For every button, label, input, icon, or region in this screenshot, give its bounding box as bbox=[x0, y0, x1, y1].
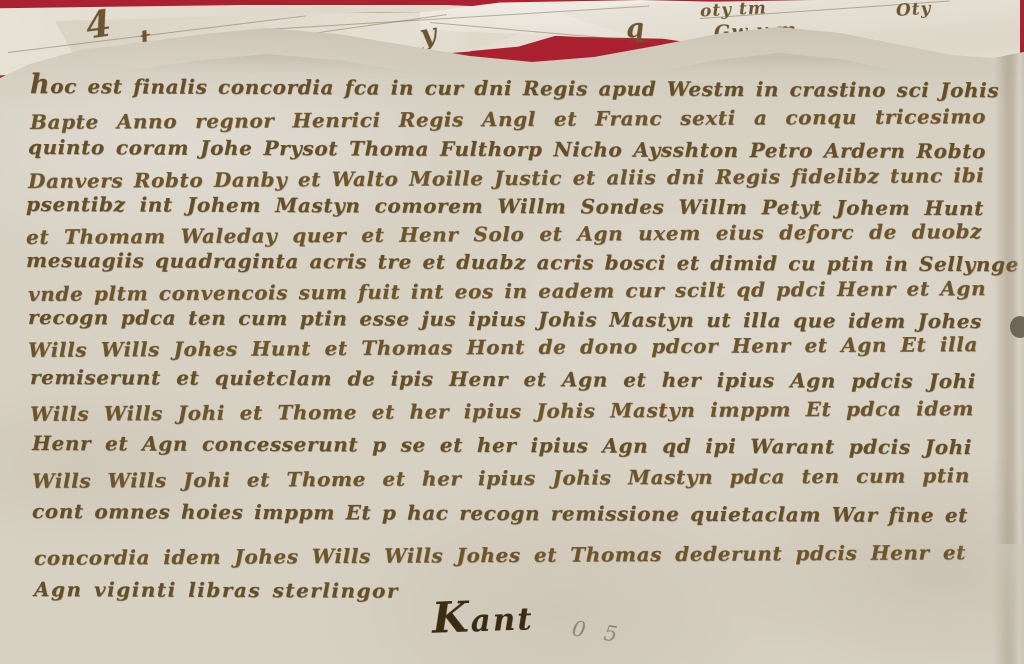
ink-fragment: q bbox=[625, 13, 646, 44]
parchment-edge-notch bbox=[1010, 316, 1024, 338]
ink-fragment: Oty bbox=[895, 0, 932, 21]
text-line: cont omnes hoies imppm Et p hac recogn r… bbox=[32, 496, 968, 530]
text-line: Henr et Agn concesserunt p se et her ipi… bbox=[32, 428, 972, 462]
manuscript-photo: 4 t 1 y y q A oty tm Gw y m Oty hoc est … bbox=[0, 0, 1024, 664]
text-line: hoc est finalis concordia fca in cur dni… bbox=[30, 70, 986, 104]
text-line: remiserunt et quietclam de ipis Henr et … bbox=[30, 362, 976, 396]
text-line: concordia idem Johes Wills Wills Johes e… bbox=[34, 537, 966, 573]
text-line: Wills Wills Johi et Thome et her ipius J… bbox=[30, 393, 974, 429]
text-line: Agn viginti libras sterlingor bbox=[34, 574, 464, 606]
text-line: Wills Wills Johes Hunt et Thomas Hont de… bbox=[28, 329, 978, 365]
text-line: Wills Wills Johi et Thome et her ipius J… bbox=[32, 460, 970, 496]
ink-fragment: oty tm bbox=[700, 0, 768, 22]
pencil-annotation: 0 5 bbox=[571, 617, 625, 648]
text-line: Bapte Anno regnor Henrici Regis Angl et … bbox=[30, 101, 986, 137]
bottom-right-sheet-edge bbox=[934, 544, 1024, 664]
main-parchment-sheet: hoc est finalis concordia fca in cur dni… bbox=[0, 0, 1024, 664]
county-mark: Kant bbox=[431, 590, 534, 643]
